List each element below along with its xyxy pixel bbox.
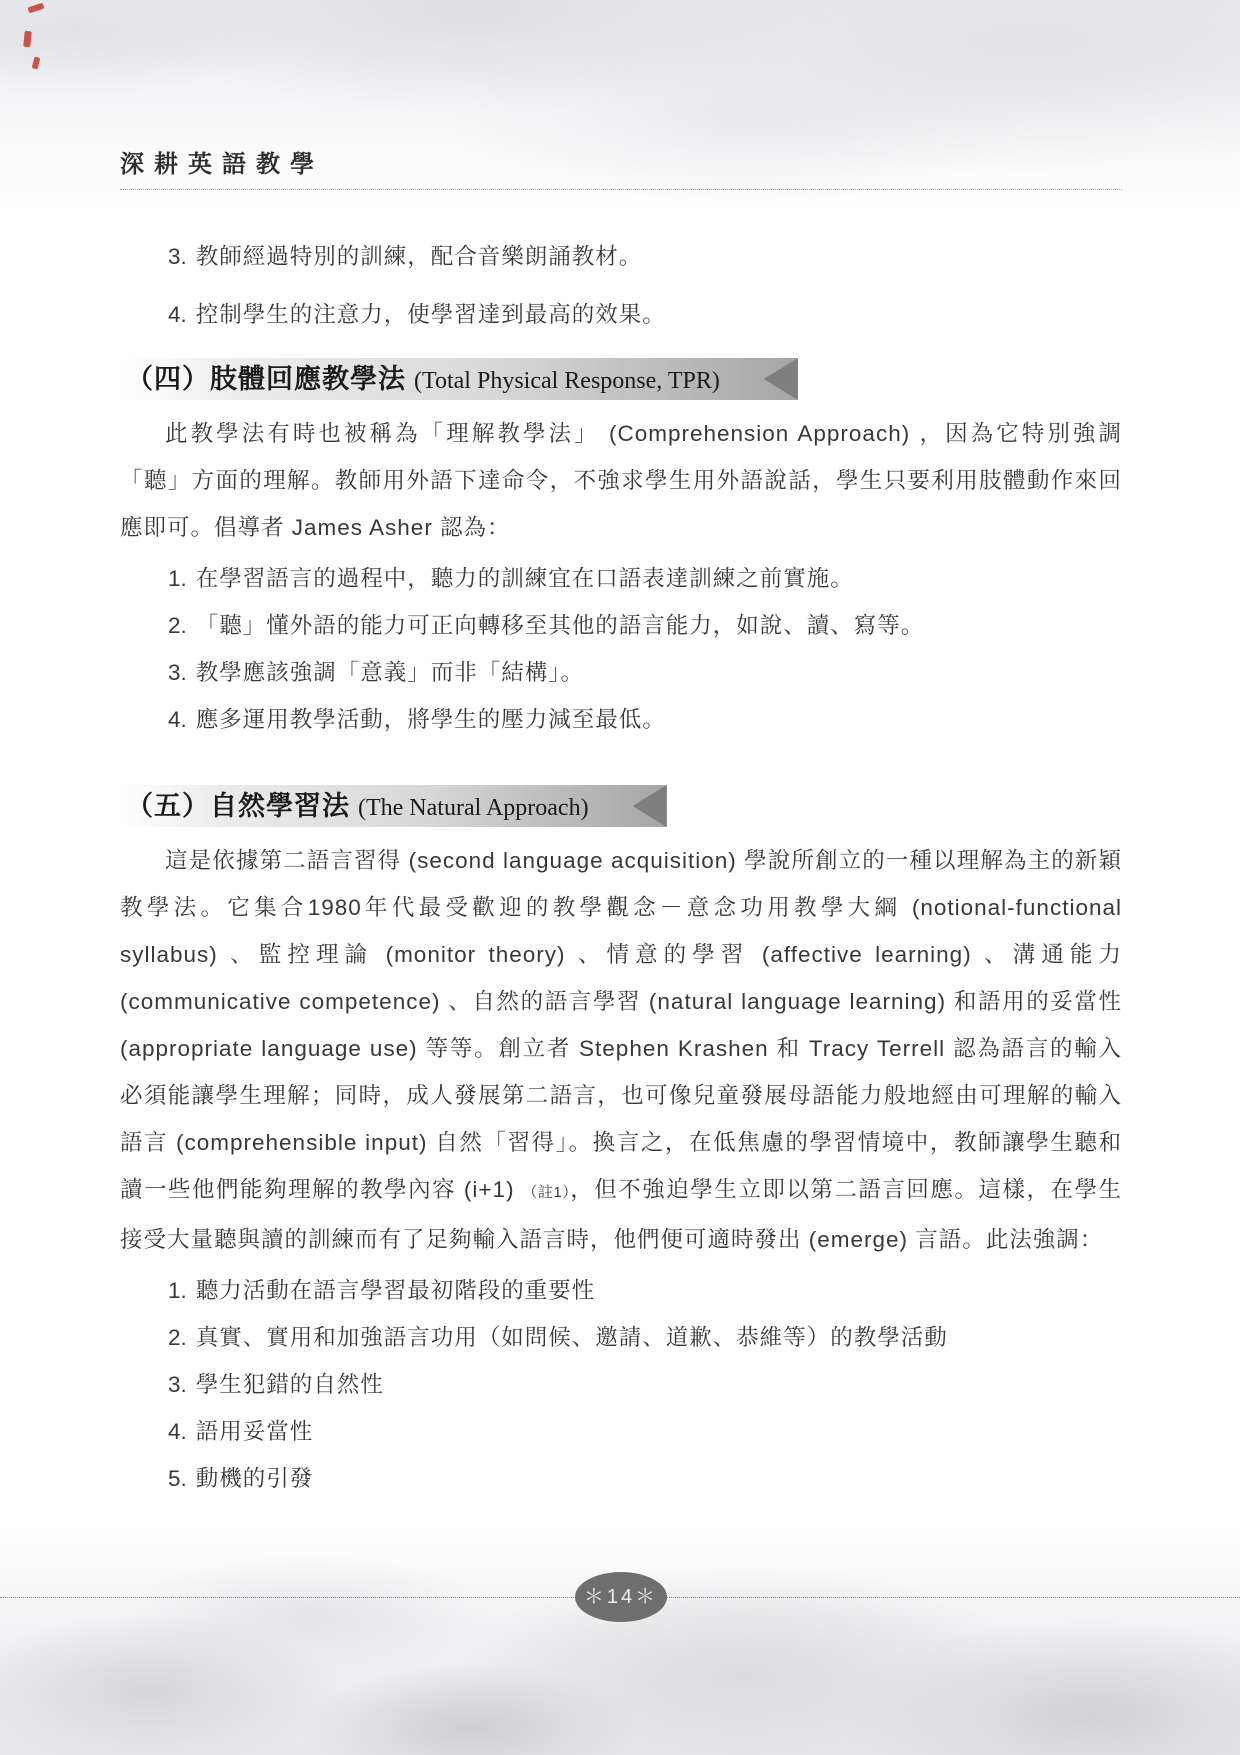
list-item: 1.聽力活動在語言學習最初階段的重要性 [120,1267,1122,1314]
list-item-text: 控制學生的注意力，使學習達到最高的效果。 [196,302,666,327]
list-item-text: 應多運用教學活動，將學生的壓力減至最低。 [196,707,666,732]
list-item: 3.教師經過特別的訓練，配合音樂朗誦教材。 [120,240,1122,273]
section-paragraph: 此教學法有時也被稱為「理解教學法」 (Comprehension Approac… [120,410,1122,551]
list-item-number: 4. [168,707,187,732]
list-item-text: 動機的引發 [196,1466,314,1491]
section-natural-approach: （五）自然學習法(The Natural Approach) 這是依據第二語言習… [120,785,1122,1502]
list-item: 4.應多運用教學活動，將學生的壓力減至最低。 [120,696,1122,743]
list-item-number: 4. [168,1419,187,1444]
section-heading-zh: （四）肢體回應教學法 [126,364,406,394]
section-heading-en: (The Natural Approach) [358,795,589,821]
list-item: 3.學生犯錯的自然性 [120,1361,1122,1408]
section-paragraph: 這是依據第二語言習得 (second language acquisition)… [120,837,1122,1263]
list-item-text: 真實、實用和加強語言功用（如問候、邀請、道歉、恭維等）的教學活動 [196,1325,948,1350]
list-item-number: 3. [168,244,187,269]
section-heading-banner: （五）自然學習法(The Natural Approach) [120,785,667,827]
list-item: 2.「聽」懂外語的能力可正向轉移至其他的語言能力，如說、讀、寫等。 [120,602,1122,649]
list-item-number: 3. [168,660,187,685]
section-heading-row: （四）肢體回應教學法(Total Physical Response, TPR) [120,358,1122,400]
page-number-badge: ＊14＊ [575,1572,667,1622]
list-item-number: 2. [168,1325,187,1350]
list-item-text: 教師經過特別的訓練，配合音樂朗誦教材。 [196,244,643,269]
header-divider [120,189,1122,190]
list-item-text: 語用妥當性 [196,1419,314,1444]
list-item-number: 4. [168,302,187,327]
list-item-number: 5. [168,1466,187,1491]
section-heading-en: (Total Physical Response, TPR) [414,368,720,394]
paragraph-text: 這是依據第二語言習得 (second language acquisition)… [120,848,1122,1202]
list-item: 4.語用妥當性 [120,1408,1122,1455]
section-heading-banner: （四）肢體回應教學法(Total Physical Response, TPR) [120,358,798,400]
document-page: 深耕英語教學 3.教師經過特別的訓練，配合音樂朗誦教材。 4.控制學生的注意力，… [0,0,1240,1755]
list-item: 2.真實、實用和加強語言功用（如問候、邀請、道歉、恭維等）的教學活動 [120,1314,1122,1361]
list-item-text: 聽力活動在語言學習最初階段的重要性 [196,1278,596,1303]
section-heading-row: （五）自然學習法(The Natural Approach) [120,785,1122,827]
list-item-number: 3. [168,1372,187,1397]
section-list: 1.聽力活動在語言學習最初階段的重要性 2.真實、實用和加強語言功用（如問候、邀… [120,1267,1122,1502]
intro-list: 3.教師經過特別的訓練，配合音樂朗誦教材。 4.控制學生的注意力，使學習達到最高… [120,240,1122,331]
list-item-text: 學生犯錯的自然性 [196,1372,384,1397]
list-item-text: 在學習語言的過程中，聽力的訓練宜在口語表達訓練之前實施。 [196,566,854,591]
list-item: 1.在學習語言的過程中，聽力的訓練宜在口語表達訓練之前實施。 [120,555,1122,602]
list-item-number: 1. [168,566,187,591]
list-item: 3.教學應該強調「意義」而非「結構」。 [120,649,1122,696]
list-item-number: 1. [168,1278,187,1303]
list-item-text: 教學應該強調「意義」而非「結構」。 [196,660,584,685]
list-item: 5.動機的引發 [120,1455,1122,1502]
section-heading-zh: （五）自然學習法 [126,791,350,821]
list-item-text: 「聽」懂外語的能力可正向轉移至其他的語言能力，如說、讀、寫等。 [196,613,925,638]
section-list: 1.在學習語言的過程中，聽力的訓練宜在口語表達訓練之前實施。 2.「聽」懂外語的… [120,555,1122,743]
list-item: 4.控制學生的注意力，使學習達到最高的效果。 [120,298,1122,331]
section-tpr: （四）肢體回應教學法(Total Physical Response, TPR)… [120,358,1122,743]
list-item-number: 2. [168,613,187,638]
paper-texture-bottom [0,1528,1240,1755]
footnote-reference: （註1） [522,1184,570,1201]
page-content: 深耕英語教學 3.教師經過特別的訓練，配合音樂朗誦教材。 4.控制學生的注意力，… [0,0,1240,1502]
page-title: 深耕英語教學 [120,150,1122,180]
